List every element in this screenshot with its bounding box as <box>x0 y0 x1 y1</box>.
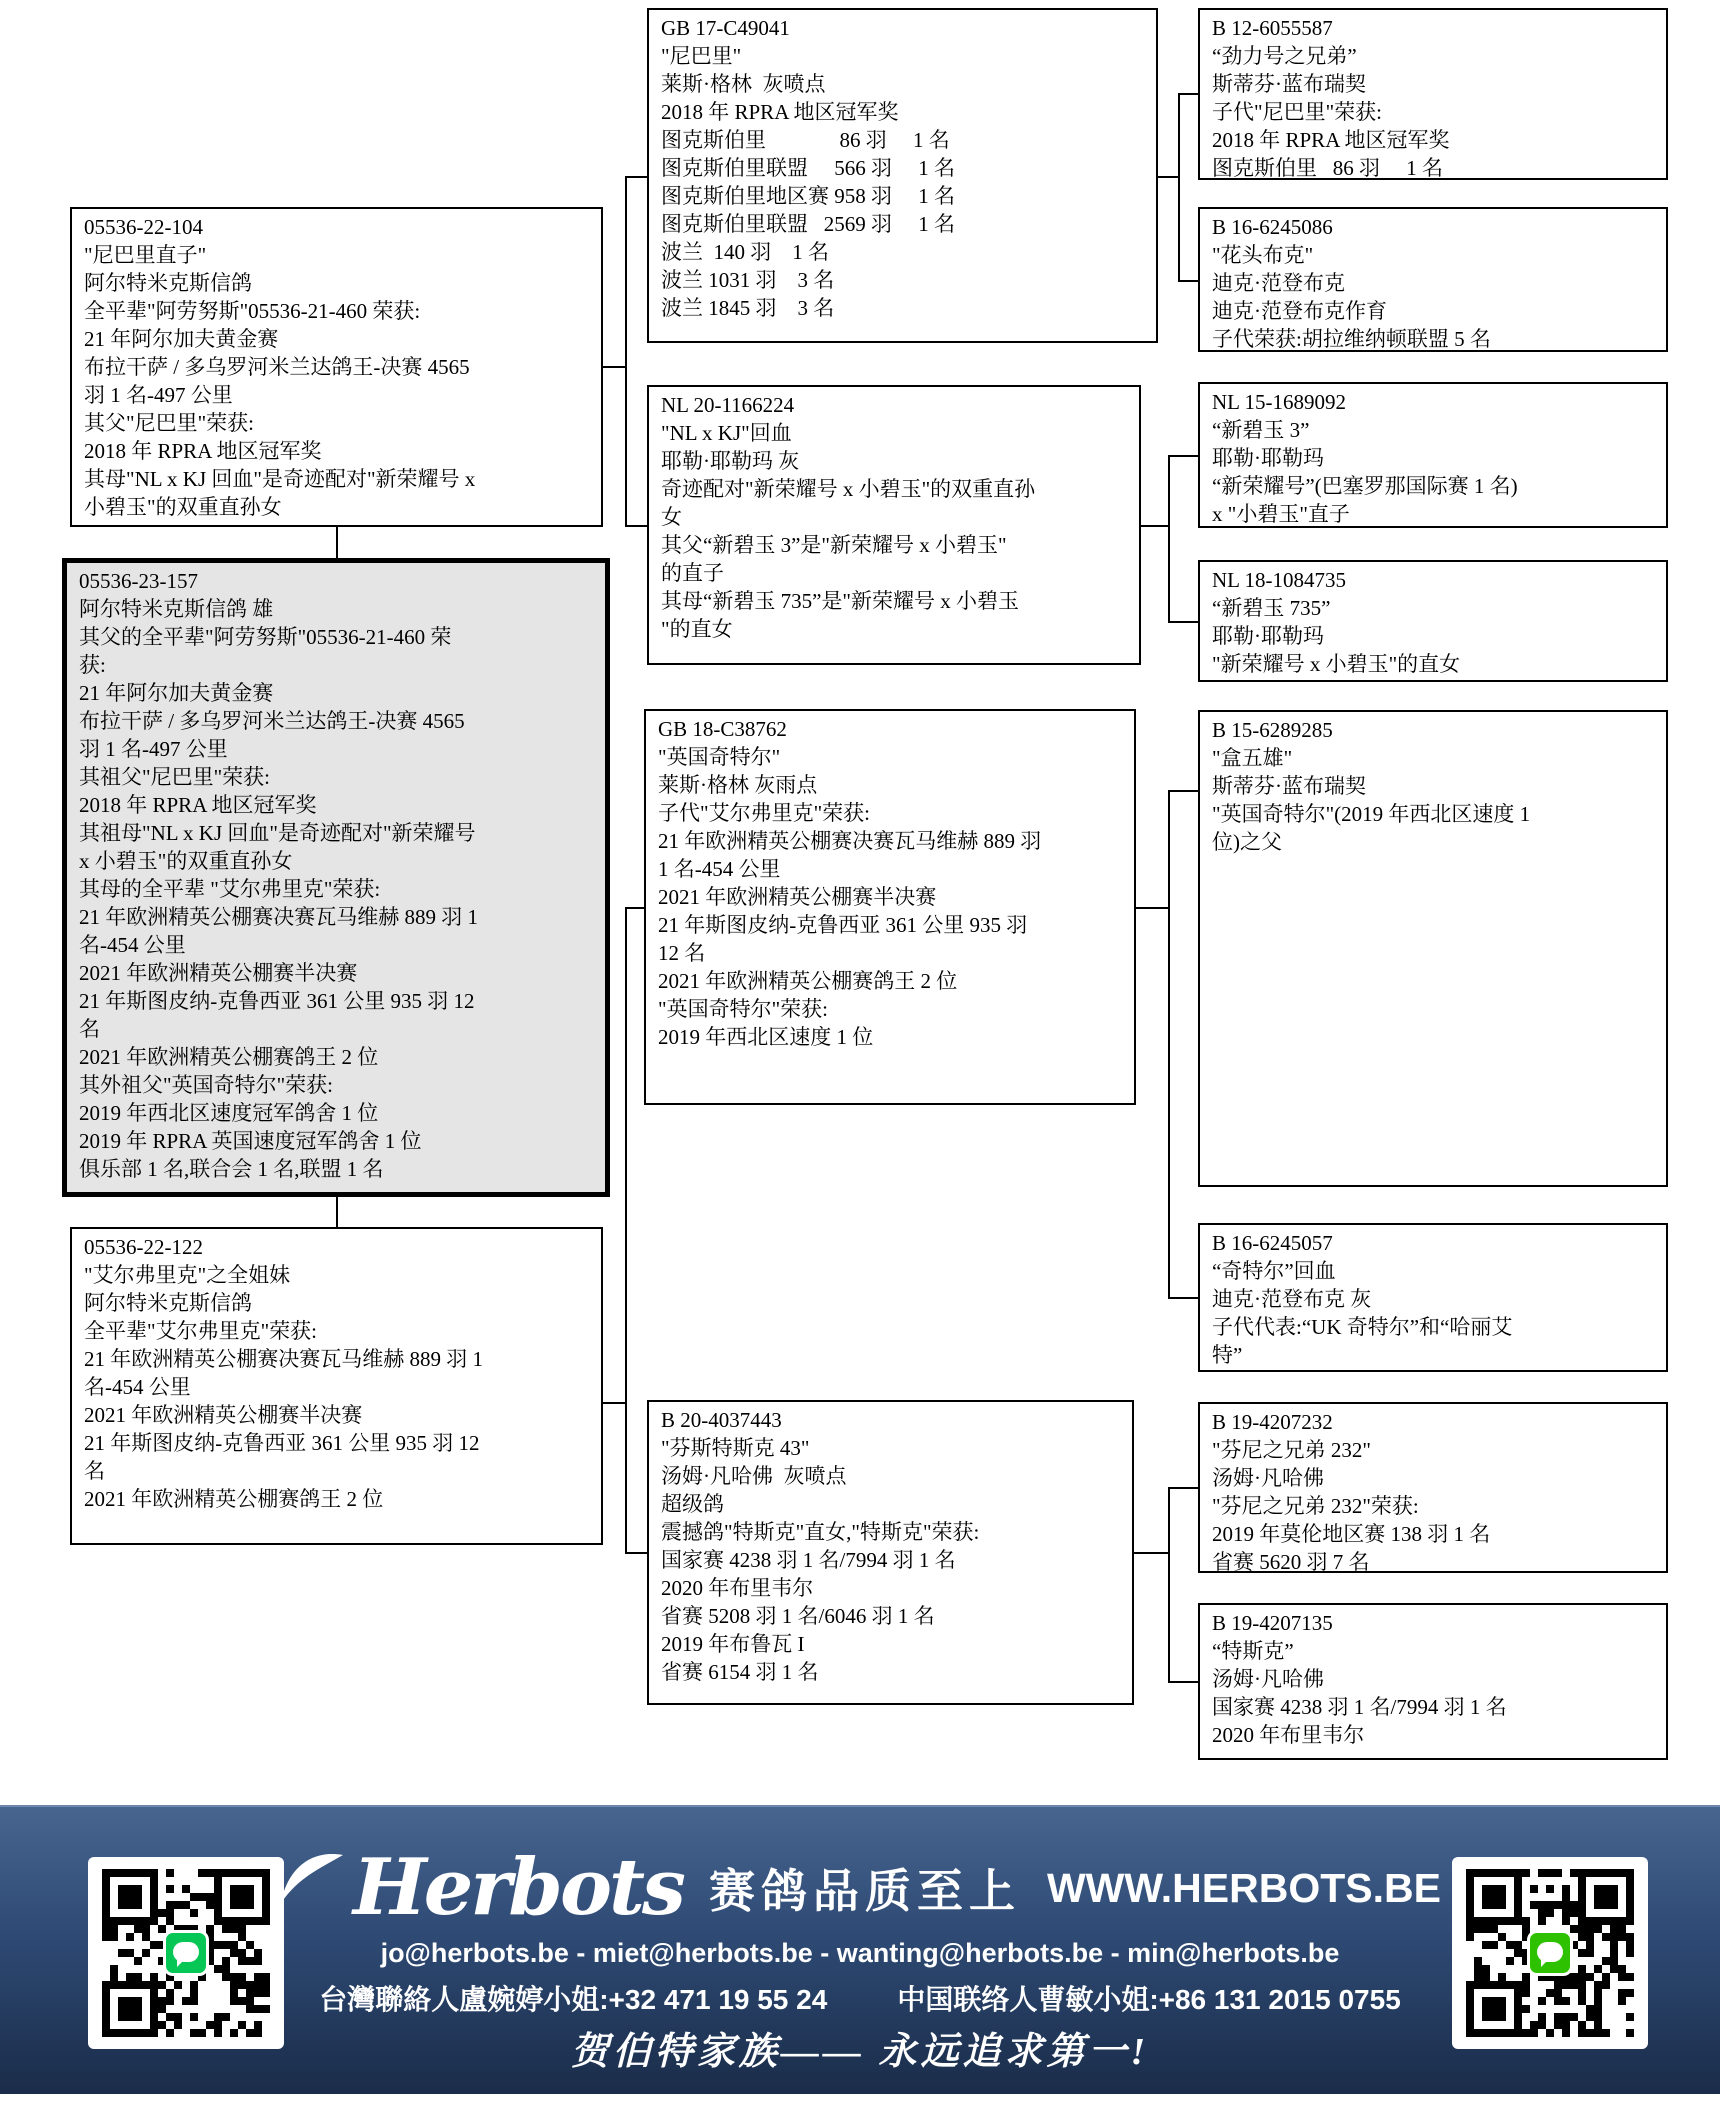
pedigree-line: 阿尔特米克斯信鸽 <box>84 269 589 297</box>
pedigree-line: 其外祖父"英国奇特尔"荣获: <box>79 1071 593 1099</box>
pedigree-connector <box>603 1402 627 1404</box>
pedigree-line: 子代"艾尔弗里克"荣获: <box>658 799 1122 827</box>
pedigree-line: B 19-4207232 <box>1212 1408 1654 1436</box>
pedigree-line: "芬尼之兄弟 232"荣获: <box>1212 1492 1654 1520</box>
pedigree-line: "芬尼之兄弟 232" <box>1212 1436 1654 1464</box>
pedigree-line: 女 <box>661 503 1127 531</box>
contact-taiwan: 台灣聯絡人盧婉婷小姐:+32 471 19 55 24 <box>319 1978 827 2018</box>
pedigree-line: 21 年斯图皮纳-克鲁西亚 361 公里 935 羽 12 <box>79 987 593 1015</box>
pedigree-line: 国家赛 4238 羽 1 名/7994 羽 1 名 <box>661 1546 1120 1574</box>
pedigree-line: 21 年阿尔加夫黄金赛 <box>79 679 593 707</box>
pedigree-line: 其祖母"NL x KJ 回血"是奇迹配对"新荣耀号 <box>79 819 593 847</box>
pedigree-line: 布拉干萨 / 多乌罗河米兰达鸽王-决赛 4565 <box>79 707 593 735</box>
pedigree-box-mother-05536-22-122: 05536-22-122"艾尔弗里克"之全姐妹阿尔特米克斯信鸽全平辈"艾尔弗里克… <box>70 1227 603 1545</box>
pedigree-line: 2018 年 RPRA 地区冠军奖 <box>84 437 589 465</box>
pedigree-line: 2019 年布鲁瓦 I <box>661 1630 1120 1658</box>
pedigree-line: 05536-22-104 <box>84 213 589 241</box>
pedigree-line: 获: <box>79 651 593 679</box>
pedigree-line: "尼巴里" <box>661 42 1144 70</box>
pedigree-connector <box>1168 790 1198 792</box>
pedigree-line: 斯蒂芬·蓝布瑞契 <box>1212 70 1654 98</box>
pedigree-line: B 15-6289285 <box>1212 716 1654 744</box>
pedigree-line: "新荣耀号 x 小碧玉"的直女 <box>1212 650 1654 678</box>
pedigree-line: 2021 年欧洲精英公棚赛鸽王 2 位 <box>658 967 1122 995</box>
pedigree-line: B 16-6245057 <box>1212 1229 1654 1257</box>
pedigree-connector <box>1168 455 1198 457</box>
pedigree-line: 2021 年欧洲精英公棚赛半决赛 <box>79 959 593 987</box>
pedigree-line: 名-454 公里 <box>79 931 593 959</box>
pedigree-box-B19-4207232: B 19-4207232"芬尼之兄弟 232"汤姆·凡哈佛"芬尼之兄弟 232"… <box>1198 1402 1668 1573</box>
pedigree-line: "英国奇特尔"荣获: <box>658 995 1122 1023</box>
pedigree-line: 波兰 1845 羽 3 名 <box>661 294 1144 322</box>
pedigree-line: 的直子 <box>661 559 1127 587</box>
pedigree-connector <box>1178 93 1198 95</box>
pedigree-line: “特斯克” <box>1212 1637 1654 1665</box>
pedigree-line: 图克斯伯里 86 羽 1 名 <box>661 126 1144 154</box>
pedigree-box-GB17-C49041: GB 17-C49041"尼巴里"莱斯·格林 灰喷点2018 年 RPRA 地区… <box>647 8 1158 343</box>
pedigree-line: 震撼鸽"特斯克"直女,"特斯克"荣获: <box>661 1518 1120 1546</box>
pedigree-line: 05536-23-157 <box>79 567 593 595</box>
feather-swoosh-icon <box>279 1849 345 1907</box>
pedigree-line: 2019 年西北区速度冠军鸽舍 1 位 <box>79 1099 593 1127</box>
pedigree-line: 莱斯·格林 灰雨点 <box>658 771 1122 799</box>
pedigree-box-B12-6055587: B 12-6055587“劲力号之兄弟”斯蒂芬·蓝布瑞契子代"尼巴里"荣获:20… <box>1198 8 1668 180</box>
pedigree-line: 图克斯伯里地区赛 958 羽 1 名 <box>661 182 1144 210</box>
pedigree-connector <box>1132 1552 1170 1554</box>
pedigree-line: 迪克·范登布克 灰 <box>1212 1285 1654 1313</box>
pedigree-line: 名 <box>79 1015 593 1043</box>
pedigree-line: "艾尔弗里克"之全姐妹 <box>84 1261 589 1289</box>
footer-brand-row: Herbots 赛鸽品质至上 WWW.HERBOTS.BE <box>0 1843 1720 1933</box>
pedigree-line: 小碧玉"的双重直孙女 <box>84 493 589 521</box>
pedigree-line: 图克斯伯里 86 羽 1 名 <box>1212 154 1654 180</box>
pedigree-line: 21 年斯图皮纳-克鲁西亚 361 公里 935 羽 12 <box>84 1429 589 1457</box>
pedigree-line: 其母的全平辈 "艾尔弗里克"荣获: <box>79 875 593 903</box>
pedigree-connector <box>1168 1681 1198 1683</box>
pedigree-line: 位)之父 <box>1212 828 1654 856</box>
pedigree-line: 2019 年西北区速度 1 位 <box>658 1023 1122 1051</box>
pedigree-line: 21 年欧洲精英公棚赛决赛瓦马维赫 889 羽 1 <box>79 903 593 931</box>
pedigree-line: 图克斯伯里联盟 566 羽 1 名 <box>661 154 1144 182</box>
contact-china: 中国联络人曹敏小姐:+86 131 2015 0755 <box>897 1978 1400 2018</box>
pedigree-line: 省赛 5620 羽 7 名 <box>1212 1548 1654 1573</box>
pedigree-line: “奇特尔”回血 <box>1212 1257 1654 1285</box>
pedigree-line: “新碧玉 3” <box>1212 416 1654 444</box>
pedigree-connector <box>1168 1487 1170 1683</box>
pedigree-line: 子代荣获:胡拉维纳顿联盟 5 名 <box>1212 325 1654 352</box>
pedigree-line: 其父"尼巴里"荣获: <box>84 409 589 437</box>
pedigree-line: 汤姆·凡哈佛 <box>1212 1464 1654 1492</box>
pedigree-line: 阿尔特米克斯信鸽 雄 <box>79 595 593 623</box>
pedigree-connector <box>625 907 644 909</box>
pedigree-line: “新荣耀号”(巴塞罗那国际赛 1 名) <box>1212 472 1654 500</box>
pedigree-line: "花头布克" <box>1212 241 1654 269</box>
pedigree-line: B 16-6245086 <box>1212 213 1654 241</box>
pedigree-connector <box>1168 1487 1198 1489</box>
pedigree-connector <box>1168 455 1170 623</box>
pedigree-line: 2020 年布里韦尔 <box>1212 1721 1654 1749</box>
pedigree-line: 特” <box>1212 1341 1654 1369</box>
pedigree-connector <box>1134 907 1170 909</box>
pedigree-box-NL18-1084735: NL 18-1084735“新碧玉 735”耶勒·耶勒玛"新荣耀号 x 小碧玉"… <box>1198 560 1668 682</box>
pedigree-line: GB 18-C38762 <box>658 715 1122 743</box>
pedigree-box-GB18-C38762: GB 18-C38762"英国奇特尔"莱斯·格林 灰雨点子代"艾尔弗里克"荣获:… <box>644 709 1136 1105</box>
pedigree-line: x 小碧玉"的双重直孙女 <box>79 847 593 875</box>
pedigree-line: "芬斯特斯克 43" <box>661 1434 1120 1462</box>
pedigree-line: “劲力号之兄弟” <box>1212 42 1654 70</box>
pedigree-connector <box>1168 621 1198 623</box>
pedigree-line: 其祖父"尼巴里"荣获: <box>79 763 593 791</box>
footer-tagline: 赛鸽品质至上 <box>709 1855 1021 1921</box>
pedigree-line: 2021 年欧洲精英公棚赛鸽王 2 位 <box>79 1043 593 1071</box>
pedigree-line: 省赛 6154 羽 1 名 <box>661 1658 1120 1686</box>
pedigree-line: 2018 年 RPRA 地区冠军奖 <box>661 98 1144 126</box>
pedigree-line: 名-454 公里 <box>84 1373 589 1401</box>
pedigree-line: "英国奇特尔" <box>658 743 1122 771</box>
pedigree-line: 2021 年欧洲精英公棚赛半决赛 <box>658 883 1122 911</box>
pedigree-line: 阿尔特米克斯信鸽 <box>84 1289 589 1317</box>
pedigree-line: 耶勒·耶勒玛 <box>1212 622 1654 650</box>
pedigree-line: 2019 年 RPRA 英国速度冠军鸽舍 1 位 <box>79 1127 593 1155</box>
pedigree-page: 05536-22-104"尼巴里直子"阿尔特米克斯信鸽全平辈"阿劳努斯"0553… <box>0 0 1720 2108</box>
footer-website: WWW.HERBOTS.BE <box>1047 1865 1441 1912</box>
pedigree-line: NL 18-1084735 <box>1212 566 1654 594</box>
pedigree-line: 名 <box>84 1457 589 1485</box>
pedigree-line: "盒五雄" <box>1212 744 1654 772</box>
pedigree-line: "NL x KJ"回血 <box>661 419 1127 447</box>
pedigree-line: 超级鸽 <box>661 1490 1120 1518</box>
pedigree-connector <box>336 527 338 560</box>
pedigree-line: "尼巴里直子" <box>84 241 589 269</box>
pedigree-line: 1 名-454 公里 <box>658 855 1122 883</box>
pedigree-line: 耶勒·耶勒玛 灰 <box>661 447 1127 475</box>
pedigree-line: 省赛 5208 羽 1 名/6046 羽 1 名 <box>661 1602 1120 1630</box>
pedigree-connector <box>625 176 647 178</box>
herbots-logo: Herbots <box>353 1843 683 1933</box>
pedigree-line: B 20-4037443 <box>661 1406 1120 1434</box>
pedigree-box-NL15-1689092: NL 15-1689092“新碧玉 3”耶勒·耶勒玛“新荣耀号”(巴塞罗那国际赛… <box>1198 382 1668 528</box>
pedigree-line: NL 20-1166224 <box>661 391 1127 419</box>
pedigree-line: 汤姆·凡哈佛 <box>1212 1665 1654 1693</box>
pedigree-line: 2021 年欧洲精英公棚赛半决赛 <box>84 1401 589 1429</box>
pedigree-box-B16-6245086: B 16-6245086"花头布克"迪克·范登布克迪克·范登布克作育子代荣获:胡… <box>1198 207 1668 352</box>
footer-slogan: 贺伯特家族—— 永远追求第一! <box>0 2020 1720 2075</box>
pedigree-line: 羽 1 名-497 公里 <box>84 381 589 409</box>
pedigree-box-subject-05536-23-157: 05536-23-157阿尔特米克斯信鸽 雄其父的全平辈"阿劳努斯"05536-… <box>62 558 610 1197</box>
pedigree-connector <box>1168 790 1170 1299</box>
pedigree-line: x "小碧玉"直子 <box>1212 500 1654 528</box>
pedigree-connector <box>1139 525 1170 527</box>
pedigree-line: 俱乐部 1 名,联合会 1 名,联盟 1 名 <box>79 1155 593 1183</box>
pedigree-line: 耶勒·耶勒玛 <box>1212 444 1654 472</box>
pedigree-connector <box>625 907 627 1554</box>
pedigree-line: 国家赛 4238 羽 1 名/7994 羽 1 名 <box>1212 1693 1654 1721</box>
pedigree-line: 2020 年布里韦尔 <box>661 1574 1120 1602</box>
pedigree-line: GB 17-C49041 <box>661 14 1144 42</box>
pedigree-line: “新碧玉 735” <box>1212 594 1654 622</box>
pedigree-line: 2021 年欧洲精英公棚赛鸽王 2 位 <box>84 1485 589 1513</box>
pedigree-line: 其父的全平辈"阿劳努斯"05536-21-460 荣 <box>79 623 593 651</box>
pedigree-box-B19-4207135: B 19-4207135“特斯克”汤姆·凡哈佛国家赛 4238 羽 1 名/79… <box>1198 1603 1668 1760</box>
pedigree-line: 子代"尼巴里"荣获: <box>1212 98 1654 126</box>
pedigree-line: 迪克·范登布克 <box>1212 269 1654 297</box>
pedigree-line: 2018 年 RPRA 地区冠军奖 <box>79 791 593 819</box>
pedigree-line: "英国奇特尔"(2019 年西北区速度 1 <box>1212 800 1654 828</box>
pedigree-line: 莱斯·格林 灰喷点 <box>661 70 1144 98</box>
pedigree-connector <box>625 1552 647 1554</box>
footer-emails: jo@herbots.be - miet@herbots.be - wantin… <box>0 1938 1720 1969</box>
pedigree-line: 21 年斯图皮纳-克鲁西亚 361 公里 935 羽 <box>658 911 1122 939</box>
pedigree-connector <box>603 366 627 368</box>
pedigree-line: 05536-22-122 <box>84 1233 589 1261</box>
pedigree-line: 子代代表:“UK 奇特尔”和“哈丽艾 <box>1212 1313 1654 1341</box>
pedigree-line: 2018 年 RPRA 地区冠军奖 <box>1212 126 1654 154</box>
pedigree-line: 全平辈"阿劳努斯"05536-21-460 荣获: <box>84 297 589 325</box>
pedigree-line: 21 年欧洲精英公棚赛决赛瓦马维赫 889 羽 1 <box>84 1345 589 1373</box>
pedigree-line: 2019 年莫伦地区赛 138 羽 1 名 <box>1212 1520 1654 1548</box>
pedigree-line: B 12-6055587 <box>1212 14 1654 42</box>
pedigree-line: 迪克·范登布克作育 <box>1212 297 1654 325</box>
pedigree-line: 其父“新碧玉 3”是"新荣耀号 x 小碧玉" <box>661 531 1127 559</box>
pedigree-line: 奇迹配对"新荣耀号 x 小碧玉"的双重直孙 <box>661 475 1127 503</box>
pedigree-line: 全平辈"艾尔弗里克"荣获: <box>84 1317 589 1345</box>
pedigree-connector <box>1178 280 1198 282</box>
pedigree-line: B 19-4207135 <box>1212 1609 1654 1637</box>
pedigree-box-NL20-1166224: NL 20-1166224"NL x KJ"回血耶勒·耶勒玛 灰奇迹配对"新荣耀… <box>647 385 1141 665</box>
footer-contacts: 台灣聯絡人盧婉婷小姐:+32 471 19 55 24 中国联络人曹敏小姐:+8… <box>0 1978 1720 2018</box>
pedigree-connector <box>336 1197 338 1229</box>
pedigree-line: NL 15-1689092 <box>1212 388 1654 416</box>
pedigree-line: 波兰 1031 羽 3 名 <box>661 266 1144 294</box>
pedigree-line: 斯蒂芬·蓝布瑞契 <box>1212 772 1654 800</box>
pedigree-line: 波兰 140 羽 1 名 <box>661 238 1144 266</box>
pedigree-line: 其母“新碧玉 735”是"新荣耀号 x 小碧玉 <box>661 587 1127 615</box>
pedigree-line: 其母"NL x KJ 回血"是奇迹配对"新荣耀号 x <box>84 465 589 493</box>
pedigree-line: 12 名 <box>658 939 1122 967</box>
pedigree-line: "的直女 <box>661 615 1127 643</box>
pedigree-box-father-05536-22-104: 05536-22-104"尼巴里直子"阿尔特米克斯信鸽全平辈"阿劳努斯"0553… <box>70 207 603 527</box>
pedigree-line: 21 年阿尔加夫黄金赛 <box>84 325 589 353</box>
pedigree-connector <box>625 176 627 527</box>
pedigree-line: 布拉干萨 / 多乌罗河米兰达鸽王-决赛 4565 <box>84 353 589 381</box>
pedigree-box-B16-6245057: B 16-6245057“奇特尔”回血迪克·范登布克 灰子代代表:“UK 奇特尔… <box>1198 1223 1668 1372</box>
pedigree-connector <box>1178 93 1180 282</box>
pedigree-line: 羽 1 名-497 公里 <box>79 735 593 763</box>
pedigree-box-B20-4037443: B 20-4037443"芬斯特斯克 43"汤姆·凡哈佛 灰喷点超级鸽震撼鸽"特… <box>647 1400 1134 1705</box>
pedigree-box-B15-6289285: B 15-6289285"盒五雄"斯蒂芬·蓝布瑞契"英国奇特尔"(2019 年西… <box>1198 710 1668 1187</box>
pedigree-line: 汤姆·凡哈佛 灰喷点 <box>661 1462 1120 1490</box>
pedigree-line: 图克斯伯里联盟 2569 羽 1 名 <box>661 210 1144 238</box>
pedigree-connector <box>1168 1297 1198 1299</box>
pedigree-connector <box>625 525 647 527</box>
pedigree-line: 21 年欧洲精英公棚赛决赛瓦马维赫 889 羽 <box>658 827 1122 855</box>
pedigree-connector <box>1156 176 1180 178</box>
